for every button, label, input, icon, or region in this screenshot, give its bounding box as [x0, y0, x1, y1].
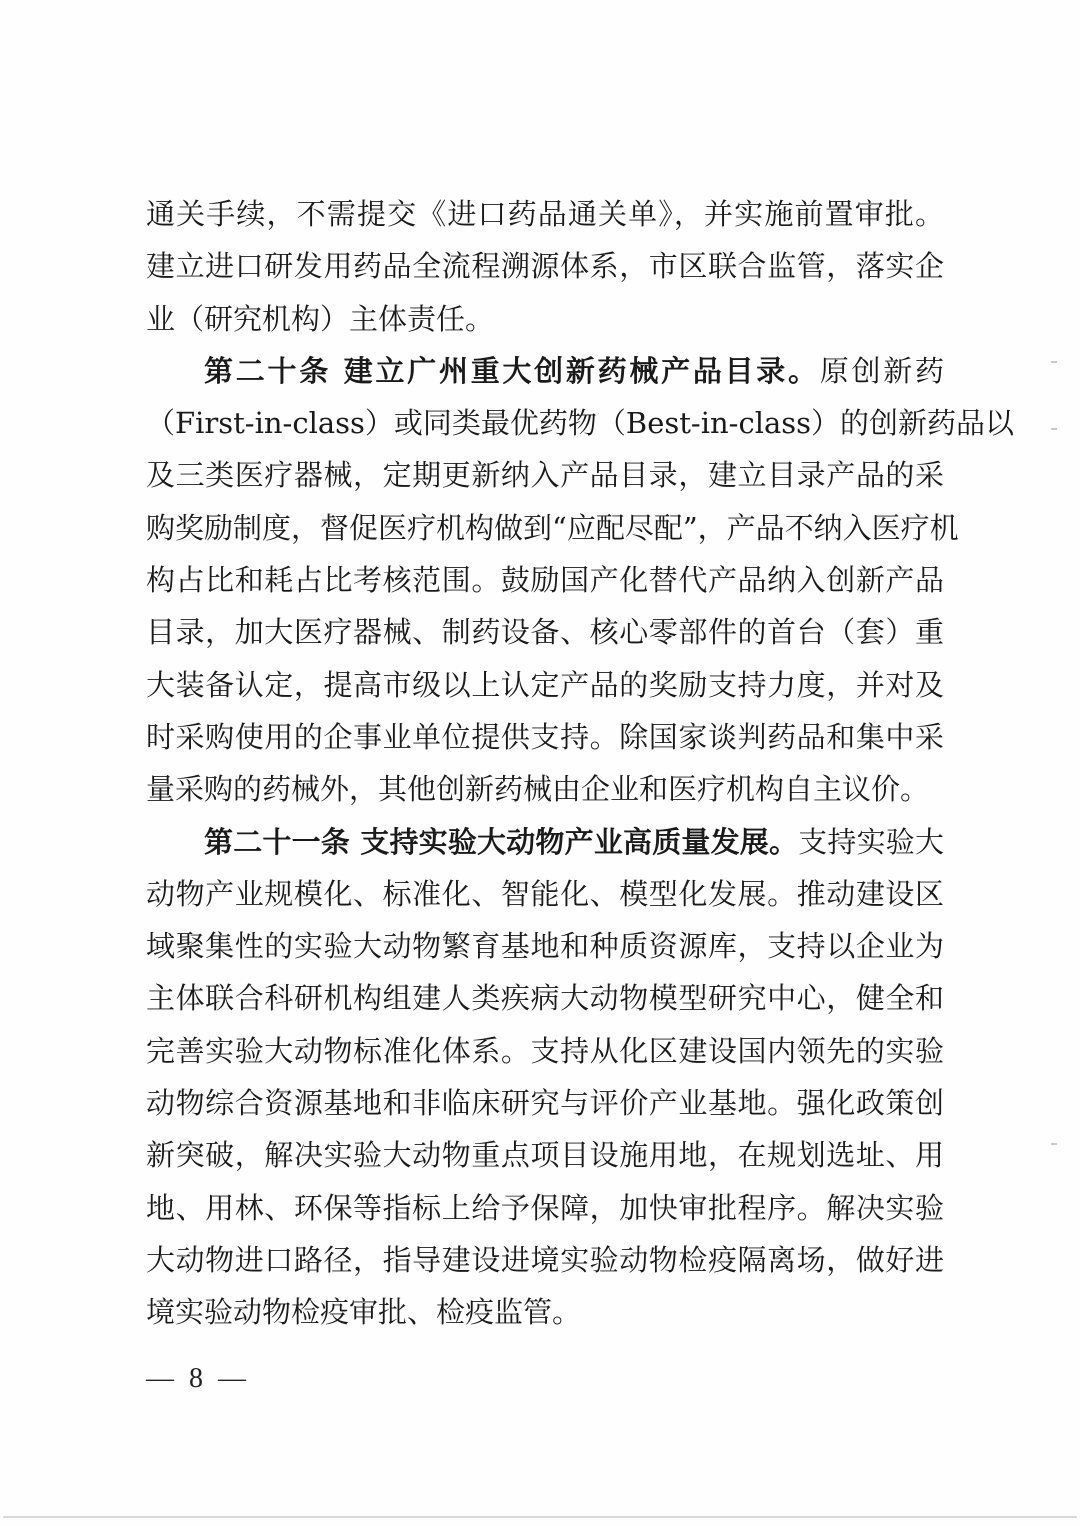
text-line: 业（研究机构）主体责任。 [146, 293, 944, 345]
article-20-first-line: 第二十条 建立广州重大创新药械产品目录。原创新药 [146, 345, 944, 397]
scan-artifact-mark [1051, 428, 1057, 430]
text-line: 主体联合科研机构组建人类疾病大动物模型研究中心，健全和 [146, 972, 944, 1024]
article-21-heading: 第二十一条 支持实验大动物产业高质量发展。 [204, 825, 798, 859]
text-line: 构占比和耗占比考核范围。鼓励国产化替代产品纳入创新产品 [146, 554, 944, 606]
article-21-first-line: 第二十一条 支持实验大动物产业高质量发展。支持实验大 [146, 816, 944, 868]
text-line: 完善实验大动物标准化体系。支持从化区建设国内领先的实验 [146, 1025, 944, 1077]
text-line: 购奖励制度，督促医疗机构做到“应配尽配”，产品不纳入医疗机 [146, 502, 944, 554]
text-line: 通关手续，不需提交《进口药品通关单》，并实施前置审批。 [146, 188, 944, 240]
text-line: 境实验动物检疫审批、检疫监管。 [146, 1286, 944, 1338]
text-span: 原创新药 [820, 354, 944, 388]
article-20-heading: 第二十条 建立广州重大创新药械产品目录。 [204, 354, 820, 388]
text-line: （First-in-class）或同类最优药物（Best-in-class）的创… [146, 397, 944, 449]
text-line: 地、用林、环保等指标上给予保障，加快审批程序。解决实验 [146, 1182, 944, 1234]
text-line: 及三类医疗器械，定期更新纳入产品目录，建立目录产品的采 [146, 449, 944, 501]
text-line: 动物综合资源基地和非临床研究与评价产业基地。强化政策创 [146, 1077, 944, 1129]
page-edge-line [3, 1516, 1077, 1518]
text-line: 目录，加大医疗器械、制药设备、核心零部件的首台（套）重 [146, 606, 944, 658]
text-line: 量采购的药械外，其他创新药械由企业和医疗机构自主议价。 [146, 763, 944, 815]
scan-artifact-mark [1051, 1143, 1057, 1145]
text-line: 域聚集性的实验大动物繁育基地和种质资源库，支持以企业为 [146, 920, 944, 972]
page-number: — 8 — [146, 1363, 250, 1395]
document-page: 通关手续，不需提交《进口药品通关单》，并实施前置审批。 建立进口研发用药品全流程… [0, 0, 1080, 1526]
text-line: 时采购使用的企事业单位提供支持。除国家谈判药品和集中采 [146, 711, 944, 763]
text-line: 大装备认定，提高市级以上认定产品的奖励支持力度，并对及 [146, 659, 944, 711]
body-text: 通关手续，不需提交《进口药品通关单》，并实施前置审批。 建立进口研发用药品全流程… [146, 188, 944, 1339]
text-line: 动物产业规模化、标准化、智能化、模型化发展。推动建设区 [146, 868, 944, 920]
text-line: 大动物进口路径，指导建设进境实验动物检疫隔离场，做好进 [146, 1234, 944, 1286]
text-line: 新突破，解决实验大动物重点项目设施用地，在规划选址、用 [146, 1129, 944, 1181]
scan-artifact-mark [1051, 361, 1057, 363]
text-line: 建立进口研发用药品全流程溯源体系，市区联合监管，落实企 [146, 240, 944, 292]
text-span: 支持实验大 [798, 825, 944, 859]
